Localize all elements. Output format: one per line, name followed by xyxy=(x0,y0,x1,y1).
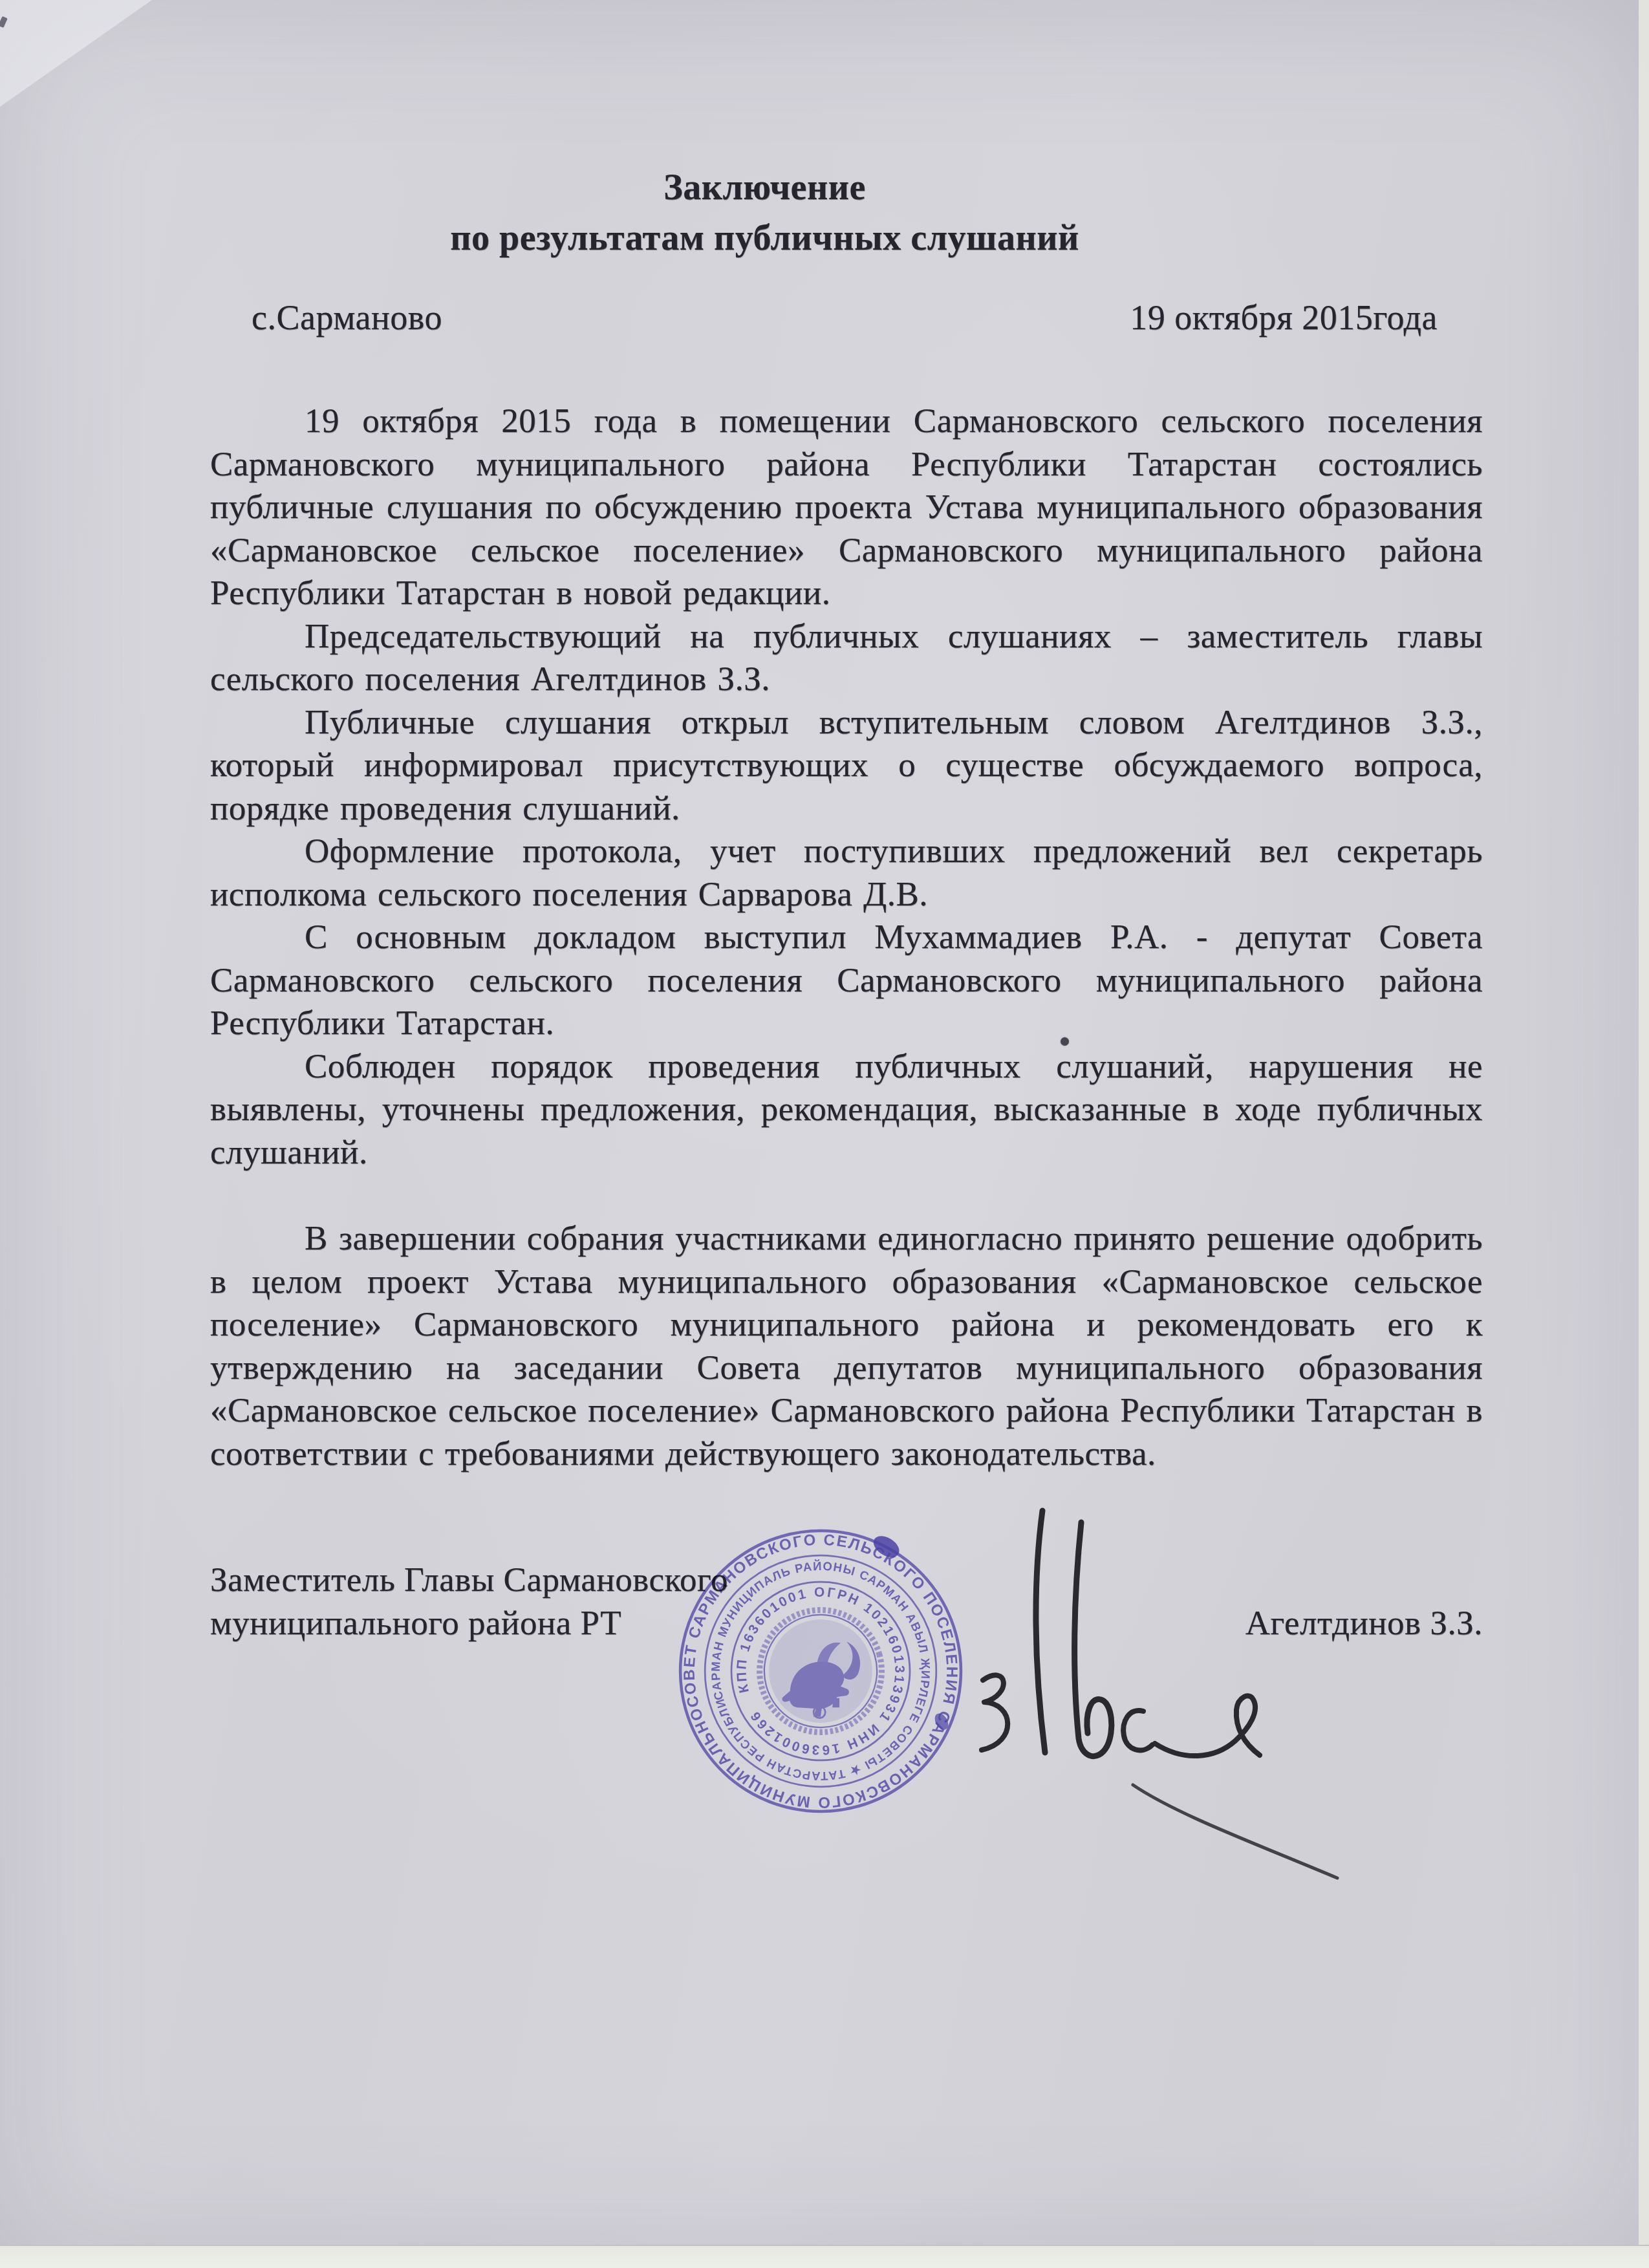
document-place: с.Сарманово xyxy=(210,296,442,339)
handwritten-signature xyxy=(905,1481,1358,1888)
document-title-line1: Заключение xyxy=(129,164,1400,211)
scan-corner-fold xyxy=(0,0,152,107)
scanner-edge-right xyxy=(1639,0,1649,2268)
paragraph: Публичные слушания открыл вступительным … xyxy=(210,701,1483,830)
meta-row: с.Сарманово 19 октября 2015года xyxy=(210,296,1483,339)
paragraph: Соблюден порядок проведения публичных сл… xyxy=(210,1045,1483,1174)
title-block: Заключение по результатам публичных слуш… xyxy=(129,164,1400,261)
paragraph: Оформление протокола, учет поступивших п… xyxy=(210,830,1483,916)
tatarstan-coat-of-arms xyxy=(769,1619,872,1723)
document-body: 19 октября 2015 года в помещении Сармано… xyxy=(210,400,1483,1475)
paragraph: 19 октября 2015 года в помещении Сармано… xyxy=(210,400,1483,615)
scanned-document-page: Заключение по результатам публичных слуш… xyxy=(0,0,1649,2268)
scanner-edge-bottom xyxy=(0,2245,1649,2268)
document-title-line2: по результатам публичных слушаний xyxy=(129,215,1400,261)
paragraph: Председательствующий на публичных слушан… xyxy=(210,615,1483,701)
document-date: 19 октября 2015года xyxy=(1130,296,1483,339)
paragraph: В завершении собрания участниками единог… xyxy=(210,1217,1483,1475)
paragraph: С основным докладом выступил Мухаммадиев… xyxy=(210,916,1483,1045)
